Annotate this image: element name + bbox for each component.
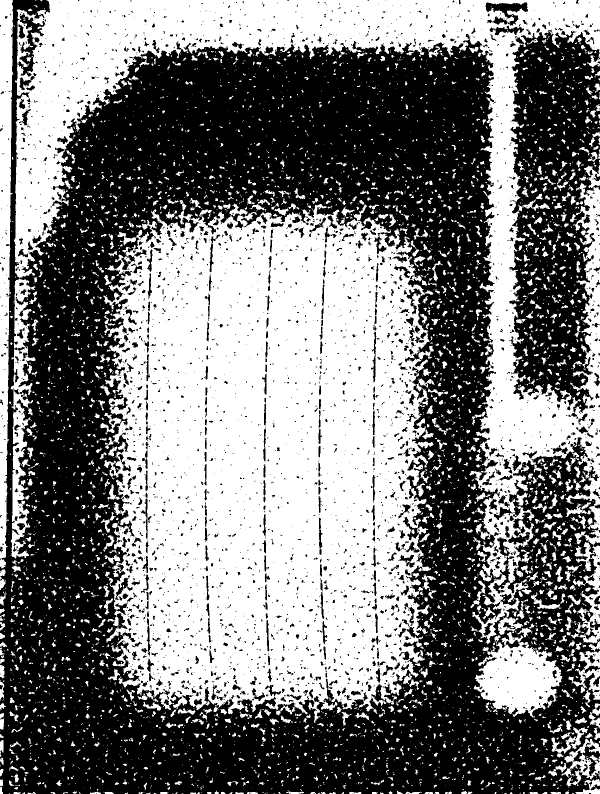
halftone-composite <box>0 0 600 794</box>
right-column-dark-blob <box>514 36 594 166</box>
top-left-corner-mark <box>13 0 49 10</box>
bottom-shadow-band <box>28 700 590 790</box>
right-column-shadow <box>528 240 590 410</box>
right-margin-highlight <box>589 195 600 465</box>
rod-reflection-mark <box>486 560 514 570</box>
rod-cap <box>487 3 527 12</box>
vertical-rod <box>491 28 514 446</box>
rod-cap-shadow <box>490 12 522 38</box>
rod-reflection-mark <box>481 476 519 488</box>
bottom-right-corner-light <box>552 722 600 788</box>
bottom-frame-line <box>2 786 583 792</box>
scanned-photo: Black-and-white photocopied halftone pho… <box>0 0 600 794</box>
bale-top-shadow <box>130 52 482 162</box>
rod-reflection-mark <box>484 520 516 530</box>
highlight-middle-right-core <box>490 401 550 447</box>
halftone-canvas: Black-and-white photocopied halftone pho… <box>0 0 600 794</box>
highlight-bottom-right <box>478 650 556 712</box>
rod-lower-column <box>476 436 522 654</box>
